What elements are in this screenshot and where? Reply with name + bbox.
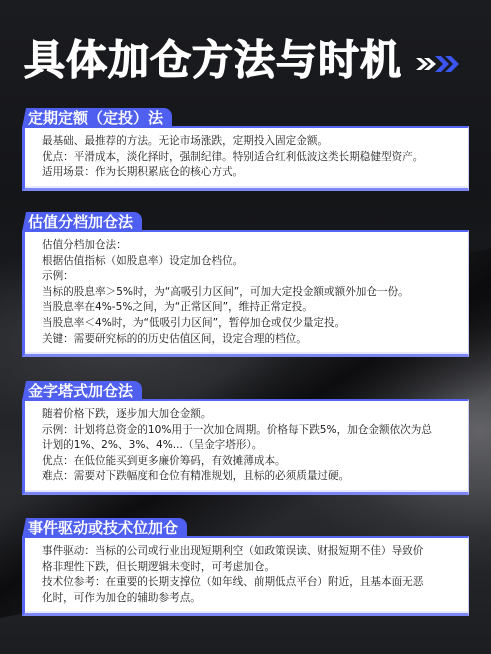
section-card: 随着价格下跌，逐步加大加仓金额。 示例：计划将总资金的10%用于一次加仓周期。价… [22,399,469,495]
section-event-driven: 事件驱动或技术位加仓 事件驱动：当标的公司或行业出现短期利空（如政策误读、财报短… [22,518,469,616]
text-line: 最基础、最推荐的方法。无论市场涨跌，定期投入固定金额。 [42,134,458,150]
text-line: 关键：需要研究标的的历史估值区间，设定合理的档位。 [42,332,458,348]
section-fixed-investment: 定期定额（定投）法 最基础、最推荐的方法。无论市场涨跌，定期投入固定金额。 优点… [22,108,469,191]
text-line: 示例：计划将总资金的10%用于一次加仓周期。价格每下跌5%，加仓金额依次为总 [42,423,458,439]
text-line: 随着价格下跌，逐步加大加仓金额。 [42,407,458,423]
double-chevron-right-icon [416,55,468,73]
section-title: 定期定额（定投）法 [22,108,172,128]
text-line: 难点：需要对下跌幅度和仓位有精准规划，且标的必须质量过硬。 [42,469,458,485]
text-line: 当股息率＜4%时，为“低吸引力区间”，暂停加仓或仅少量定投。 [42,316,458,332]
text-line: 优点：平滑成本，淡化择时，强制纪律。特别适合红利低波这类长期稳健型资产。 [42,150,458,166]
section-title: 事件驱动或技术位加仓 [22,518,187,538]
section-card: 事件驱动：当标的公司或行业出现短期利空（如政策误读、财报短期不佳）导致价 格非理… [22,536,469,616]
section-pyramid: 金字塔式加仓法 随着价格下跌，逐步加大加仓金额。 示例：计划将总资金的10%用于… [22,381,469,495]
text-line: 事件驱动：当标的公司或行业出现短期利空（如政策误读、财报短期不佳）导致价 [42,544,458,560]
title-row: 具体加仓方法与时机 [24,30,468,90]
text-line: 估值分档加仓法： [42,238,458,254]
text-line: 技术位参考：在重要的长期支撑位（如年线、前期低点平台）附近，且基本面无恶 [42,575,458,591]
text-line: 适用场景：作为长期积累底仓的核心方式。 [42,165,458,181]
text-line: 示例： [42,269,458,285]
text-line: 当股息率在4%-5%之间，为“正常区间”，维持正常定投。 [42,300,458,316]
section-title: 估值分档加仓法 [22,212,142,232]
page-title: 具体加仓方法与时机 [24,40,402,81]
text-line: 根据估值指标（如股息率）设定加仓档位。 [42,254,458,270]
text-line: 格非理性下跌，但长期逻辑未变时，可考虑加仓。 [42,560,458,576]
text-line: 优点：在低位能买到更多廉价筹码，有效摊薄成本。 [42,454,458,470]
section-title: 金字塔式加仓法 [22,381,142,401]
text-line: 计划的1%、2%、3%、4%...（呈金字塔形）。 [42,438,458,454]
section-card: 估值分档加仓法： 根据估值指标（如股息率）设定加仓档位。 示例： 当标的股息率＞… [22,230,469,357]
section-valuation-tiered: 估值分档加仓法 估值分档加仓法： 根据估值指标（如股息率）设定加仓档位。 示例：… [22,212,469,357]
section-card: 最基础、最推荐的方法。无论市场涨跌，定期投入固定金额。 优点：平滑成本，淡化择时… [22,126,469,191]
text-line: 化时，可作为加仓的辅助参考点。 [42,591,458,607]
text-line: 当标的股息率＞5%时，为“高吸引力区间”，可加大定投金额或额外加仓一份。 [42,285,458,301]
